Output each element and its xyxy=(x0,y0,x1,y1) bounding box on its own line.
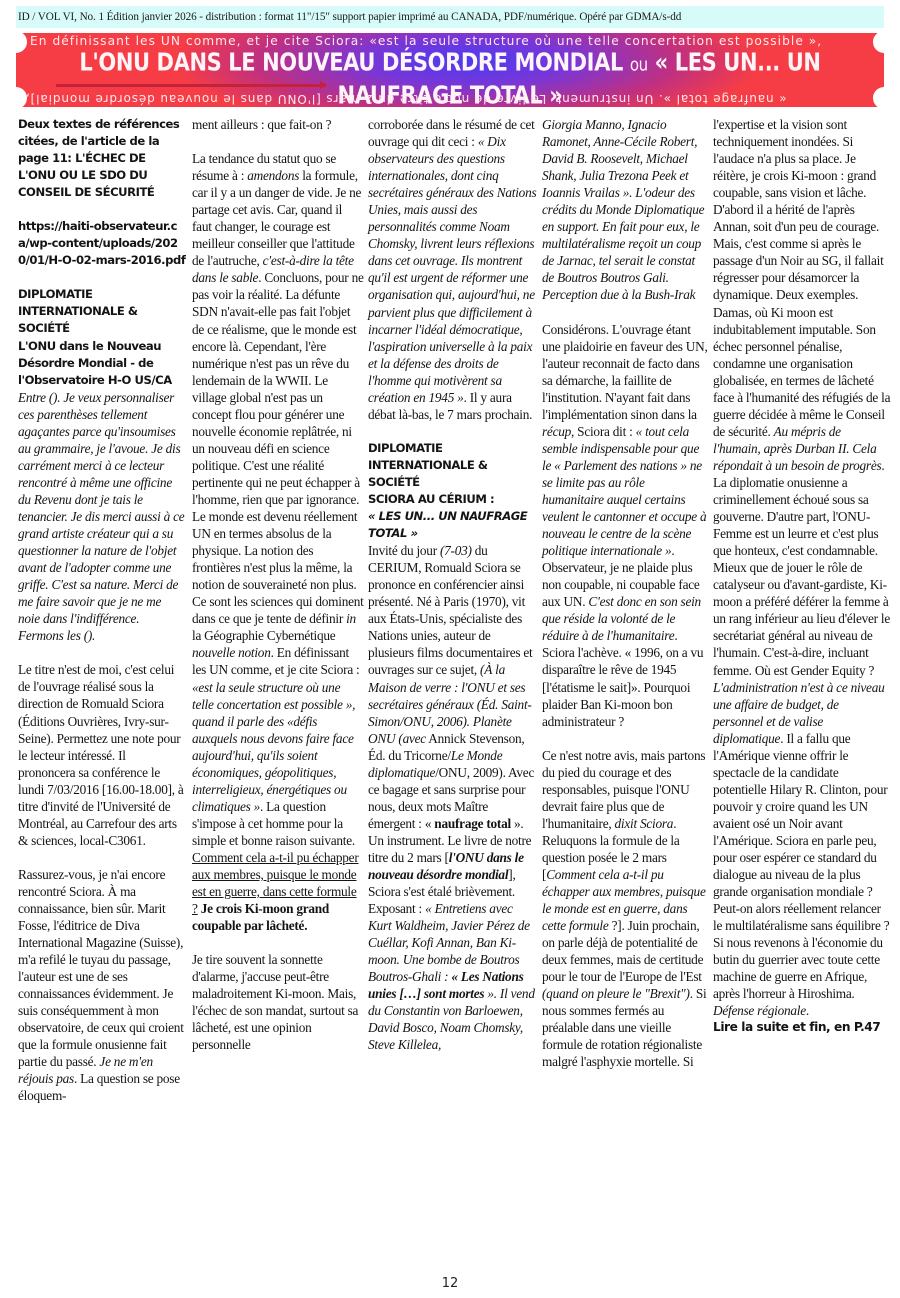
quote-run: « tout cela semble indispensable pour qu… xyxy=(542,424,706,558)
page-number: 12 xyxy=(0,1276,900,1291)
headline-main: L'ONU DANS LE NOUVEAU DÉSORDRE MONDIAL xyxy=(79,48,623,76)
rubric: DIPLOMATIE INTERNATIONALE & SOCIÉTÉ xyxy=(18,286,186,337)
intro-paragraph: Entre (). Je veux personnaliser ces pare… xyxy=(18,389,186,645)
column-5: l'expertise et la vision sont techniquem… xyxy=(713,116,891,1037)
references-heading: Deux textes de références citées, de l'a… xyxy=(18,116,186,201)
subheading: SCIORA AU CÉRIUM : xyxy=(368,491,538,508)
headline-banner: En définissant les UN comme, et je cite … xyxy=(16,33,884,107)
body-paragraph: La tendance du statut quo se résume à : … xyxy=(192,150,364,934)
text-run: , Sciora dit : xyxy=(571,424,636,439)
body-paragraph: Invité du jour (7-03) du CERIUM, Romuald… xyxy=(368,542,538,1053)
masthead-line: ID / VOL VI, No. 1 Édition janvier 2026 … xyxy=(16,6,884,28)
body-paragraph: ment ailleurs : que fait-on ? xyxy=(192,116,364,133)
text-run: Rassurez-vous, je n'ai encore rencontré … xyxy=(18,867,184,1070)
text-run: . Il a fallu que l'Amérique vienne offri… xyxy=(713,731,889,1002)
bold-statement: Je crois Ki-moon grand coupable par lâch… xyxy=(192,901,329,933)
text-run: corroborée dans le résumé de cet ouvrage… xyxy=(368,117,535,149)
subheading-italic: « LES UN... UN NAUFRAGE TOTAL » xyxy=(368,508,538,542)
text-run: (quand on pleure le "Brexit") xyxy=(542,986,690,1001)
body-paragraph: Ce n'est notre avis, mais partons du pie… xyxy=(542,747,708,1071)
body-paragraph: Considérons. L'ouvrage étant une plaidoi… xyxy=(542,321,708,730)
text-run: Défense régionale xyxy=(713,1003,806,1018)
text-run: (7-03) xyxy=(440,543,472,558)
column-3: corroborée dans le résumé de cet ouvrage… xyxy=(368,116,538,1071)
banner-mirrored-line: « naufrage total ». Un instrument. Le li… xyxy=(25,91,870,106)
rubric: DIPLOMATIE INTERNATIONALE & SOCIÉTÉ xyxy=(368,440,538,491)
body-paragraph: Giorgia Manno, Ignacio Ramonet, Anne-Céc… xyxy=(542,116,708,304)
text-run: . Sciora l'achève. « 1996, on a vu dispa… xyxy=(542,628,703,728)
body-paragraph: Je tire souvent la sonnette d'alarme, j'… xyxy=(192,951,364,1053)
text-run: la Géographie Cybernétique xyxy=(192,628,335,643)
text-run: . xyxy=(806,1003,809,1018)
body-paragraph: l'expertise et la vision sont techniquem… xyxy=(713,116,891,1019)
bold-run: naufrage total xyxy=(434,816,511,831)
headline-connector: ou xyxy=(630,54,648,75)
text-run: «est la seule structure où une telle con… xyxy=(192,680,355,814)
text-run: Considérons. L'ouvrage étant une plaidoi… xyxy=(542,322,708,422)
article-title: L'ONU dans le Nouveau Désordre Mondial -… xyxy=(18,338,186,389)
text-run: nouvelle notion xyxy=(192,645,271,660)
text-run: récup xyxy=(542,424,571,439)
body-paragraph: Le titre n'est de moi, c'est celui de l'… xyxy=(18,661,186,849)
body-paragraph: corroborée dans le résumé de cet ouvrage… xyxy=(368,116,538,423)
text-run: dixit Sciora xyxy=(615,816,674,831)
column-4: Giorgia Manno, Ignacio Ramonet, Anne-Céc… xyxy=(542,116,708,1088)
continued-link[interactable]: Lire la suite et fin, en P.47 xyxy=(713,1019,891,1036)
text-run: amendons xyxy=(247,168,299,183)
body-paragraph: Rassurez-vous, je n'ai encore rencontré … xyxy=(18,866,186,1105)
reference-link[interactable]: https://haiti-observateur.ca/wp-content/… xyxy=(18,218,186,269)
text-run: l'expertise et la vision sont techniquem… xyxy=(713,117,890,439)
arrow-rule-icon xyxy=(56,84,326,87)
text-run: . Concluons, pour ne pas voir la réalité… xyxy=(192,270,364,626)
text-run: Invité du jour xyxy=(368,543,440,558)
quote-run: « Dix observateurs des questions interna… xyxy=(368,134,536,405)
text-run: in xyxy=(346,611,356,626)
column-1: Deux textes de références citées, de l'a… xyxy=(18,116,186,1122)
text-run: . La diplomatie onusienne a criminelleme… xyxy=(713,458,890,678)
text-run: du CERIUM, Romuald Sciora se prononce en… xyxy=(368,543,532,677)
column-2: ment ailleurs : que fait-on ? La tendanc… xyxy=(192,116,364,1070)
